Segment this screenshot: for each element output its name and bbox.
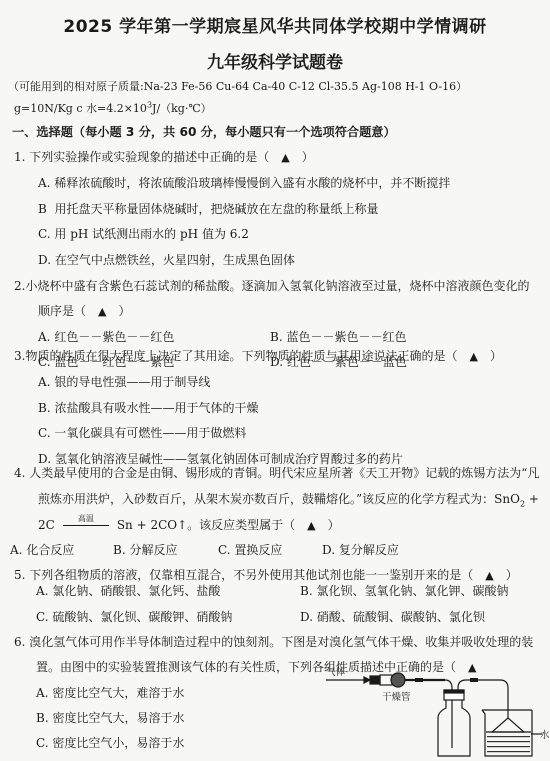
exam-subtitle: 九年级科学试题卷: [0, 48, 550, 73]
gas-apparatus-diagram: 气体 干燥管 水: [320, 668, 550, 760]
question-5-option-d: D. 硝酸、硫酸铜、碳酸钠、氯化钡: [300, 608, 485, 625]
question-4-equation: 2C高温Sn + 2CO↑。该反应类型属于（▲）: [38, 516, 340, 533]
question-1-option-b: B 用托盘天平称量固体烧碱时，把烧碱放在左盘的称量纸上称量: [38, 200, 378, 217]
answer-blank-triangle-icon: ▲: [98, 305, 106, 318]
question-1-option-a: A. 稀释浓硫酸时，将浓硫酸沿玻璃棒慢慢倒入盛有水酸的烧杯中，并不断搅拌: [38, 174, 450, 191]
answer-blank-triangle-icon: ▲: [307, 519, 315, 532]
question-6-stem: 6. 溴化氢气体可用作半导体制造过程中的蚀刻剂。下图是对溴化氢气体干燥、收集并吸…: [14, 633, 533, 650]
question-4-stem: 4. 人类最早使用的合金是由铜、锡形成的青铜。明代宋应星所著《天工开物》记载的炼…: [14, 464, 539, 481]
question-4-option-a: A. 化合反应: [10, 541, 74, 558]
section-heading: 一、选择题（每小题 3 分，共 60 分，每小题只有一个选项符合题意）: [12, 123, 396, 140]
question-5-option-c: C. 硫酸钠、氯化钡、碳酸钾、硝酸钠: [36, 608, 232, 625]
question-3-option-c: C. 一氧化碳具有可燃性——用于做燃料: [38, 424, 246, 441]
question-1-stem: 1. 下列实验操作或实验现象的描述中正确的是（▲）: [14, 148, 314, 165]
constants-note: g=10N/Kg c 水=4.2×103J/（kg·℃）: [14, 100, 212, 116]
question-4-option-d: D. 复分解反应: [322, 541, 399, 558]
question-2-option-a: A. 红色－－紫色－－红色: [38, 328, 174, 345]
question-6-option-a: A. 密度比空气大，难溶于水: [36, 684, 184, 701]
water-label: 水: [540, 727, 550, 741]
atomic-masses-note: （可能用到的相对原子质量:Na-23 Fe-56 Cu-64 Ca-40 C-1…: [8, 78, 467, 94]
question-4-option-c: C. 置换反应: [218, 541, 282, 558]
question-3-stem-text: 3.物质的性质在很大程度上决定了其用途。下列物质的性质与其用途说法正确的是（▲）: [14, 347, 502, 364]
answer-blank-triangle-icon: ▲: [469, 350, 477, 363]
question-3-option-a: A. 银的导电性强——用于制导线: [38, 373, 210, 390]
question-1-option-c: C. 用 pH 试纸测出雨水的 pH 值为 6.2: [38, 225, 249, 242]
question-6-option-b: B. 密度比空气大，易溶于水: [36, 709, 184, 726]
question-2-stem: 2.小烧杯中盛有含紫色石蕊试剂的稀盐酸。逐滴加入氢氧化钠溶液至过量，烧杯中溶液颜…: [14, 277, 529, 294]
reaction-arrow: 高温: [63, 525, 109, 526]
question-2-option-b: B. 蓝色－－紫色－－红色: [270, 328, 406, 345]
answer-blank-triangle-icon: ▲: [281, 151, 289, 164]
question-4-option-b: B. 分解反应: [113, 541, 177, 558]
question-5-stem: 5. 下列各组物质的溶液，仅靠相互混合，不另外使用其他试剂也能一一鉴别开来的是（…: [14, 566, 518, 583]
question-6-option-c: C. 密度比空气小，易溶于水: [36, 734, 184, 751]
gas-label: 气体: [326, 664, 345, 678]
question-3-option-b: B. 浓盐酸具有吸水性——用于气体的干燥: [38, 399, 258, 416]
question-5-option-a: A. 氯化钠、硝酸银、氯化钙、盐酸: [36, 582, 220, 599]
answer-blank-triangle-icon: ▲: [485, 569, 493, 582]
question-2-stem-line2: 顺序是（▲）: [38, 302, 131, 319]
question-1-option-d: D. 在空气中点燃铁丝，火星四射，生成黑色固体: [38, 251, 295, 268]
question-4-stem-line2: 煎炼亦用洪炉，入砂数百斤，从架木炭亦数百斤，鼓鞴熔化。”该反应的化学方程式为：S…: [38, 490, 539, 508]
exam-title: 2025 学年第一学期宸星风华共同体学校期中学情调研: [0, 12, 550, 37]
drying-tube-label: 干燥管: [382, 689, 411, 703]
apparatus-drawing: [320, 668, 550, 760]
question-5-option-b: B. 氯化钡、氢氧化钠、氯化钾、碳酸钠: [300, 582, 508, 599]
